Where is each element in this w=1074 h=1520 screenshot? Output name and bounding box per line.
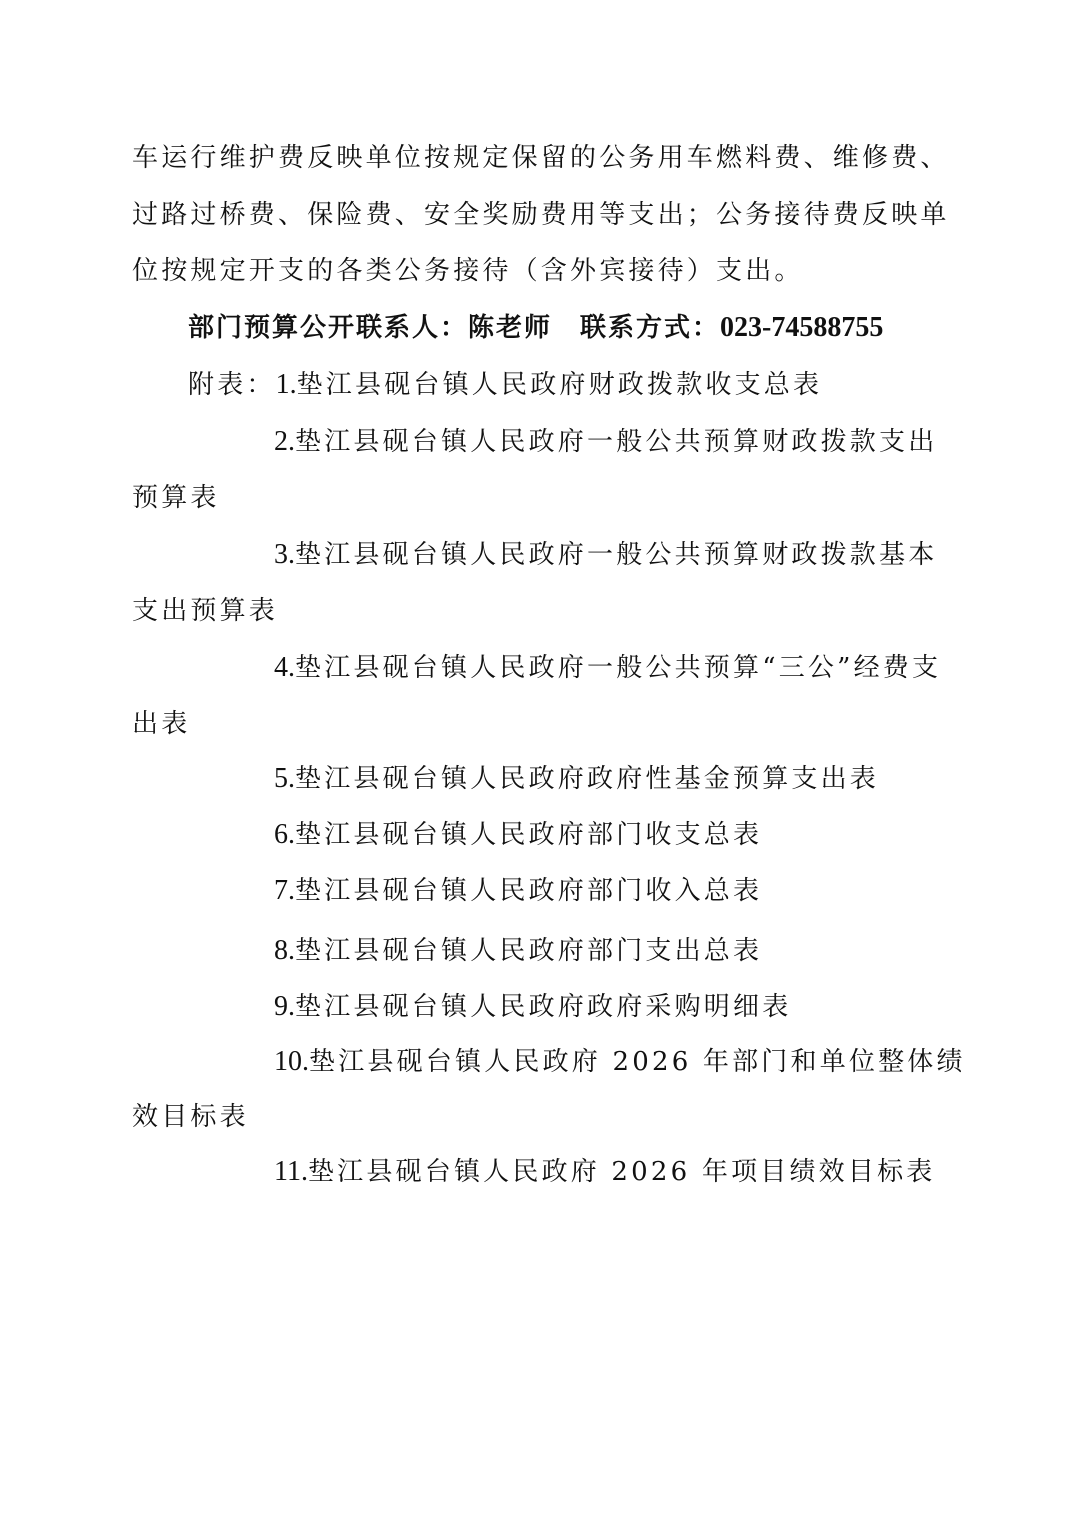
paragraph-line-2: 过路过桥费、保险费、安全奖励费用等支出；公务接待费反映单: [132, 197, 950, 233]
attachment-item-6: 6.垫江县砚台镇人民政府部门收支总表: [274, 817, 762, 853]
item-title: 垫江县砚台镇人民政府一般公共预算“三公”经费支: [295, 653, 941, 683]
attachment-item-10: 10.垫江县砚台镇人民政府 2026 年部门和单位整体绩: [274, 1044, 966, 1080]
attachment-item-3: 3.垫江县砚台镇人民政府一般公共预算财政拨款基本: [274, 537, 937, 573]
item-title: 垫江县砚台镇人民政府部门收入总表: [295, 876, 762, 906]
attachment-item-4-cont: 出表: [132, 706, 190, 742]
attachment-item-2-cont: 预算表: [132, 480, 220, 516]
item-number: 11.: [274, 1156, 308, 1187]
item-number: 10.: [274, 1046, 309, 1077]
item-number: 5.: [274, 763, 295, 794]
item-title: 垫江县砚台镇人民政府部门收支总表: [295, 820, 762, 850]
item-number: 9.: [274, 991, 295, 1022]
item-number: 3.: [274, 539, 295, 570]
attachments-prefix: 附表：: [188, 370, 276, 400]
item-title: 垫江县砚台镇人民政府 2026 年部门和单位整体绩: [309, 1047, 966, 1077]
item-title: 垫江县砚台镇人民政府 2026 年项目绩效目标表: [308, 1157, 936, 1187]
attachment-item-4: 4.垫江县砚台镇人民政府一般公共预算“三公”经费支: [274, 650, 941, 686]
attachment-item-3-cont: 支出预算表: [132, 593, 278, 629]
attachment-item-9: 9.垫江县砚台镇人民政府政府采购明细表: [274, 989, 791, 1025]
contact-label: 部门预算公开联系人：陈老师 联系方式：: [188, 313, 720, 343]
item-number: 8.: [274, 935, 295, 966]
paragraph-line-1: 车运行维护费反映单位按规定保留的公务用车燃料费、维修费、: [132, 140, 950, 176]
item-title: 垫江县砚台镇人民政府政府采购明细表: [295, 992, 791, 1022]
contact-line: 部门预算公开联系人：陈老师 联系方式：023-74588755: [188, 310, 883, 346]
item-number: 7.: [274, 875, 295, 906]
attachment-item-1: 附表：1.垫江县砚台镇人民政府财政拨款收支总表: [188, 367, 822, 403]
attachment-item-11: 11.垫江县砚台镇人民政府 2026 年项目绩效目标表: [274, 1154, 935, 1190]
attachment-item-8: 8.垫江县砚台镇人民政府部门支出总表: [274, 933, 762, 969]
attachment-item-7: 7.垫江县砚台镇人民政府部门收入总表: [274, 873, 762, 909]
attachment-item-2: 2.垫江县砚台镇人民政府一般公共预算财政拨款支出: [274, 424, 937, 460]
paragraph-line-3: 位按规定开支的各类公务接待（含外宾接待）支出。: [132, 253, 804, 289]
item-title: 垫江县砚台镇人民政府一般公共预算财政拨款支出: [295, 427, 937, 457]
item-title: 垫江县砚台镇人民政府一般公共预算财政拨款基本: [295, 540, 937, 570]
item-title: 垫江县砚台镇人民政府政府性基金预算支出表: [295, 764, 879, 794]
item-title: 垫江县砚台镇人民政府部门支出总表: [295, 936, 762, 966]
item-title: 垫江县砚台镇人民政府财政拨款收支总表: [297, 370, 823, 400]
item-number: 4.: [274, 652, 295, 683]
attachment-item-5: 5.垫江县砚台镇人民政府政府性基金预算支出表: [274, 761, 879, 797]
contact-phone: 023-74588755: [720, 312, 883, 343]
item-number: 2.: [274, 426, 295, 457]
attachment-item-10-cont: 效目标表: [132, 1099, 249, 1135]
item-number: 1.: [276, 369, 297, 400]
item-number: 6.: [274, 819, 295, 850]
